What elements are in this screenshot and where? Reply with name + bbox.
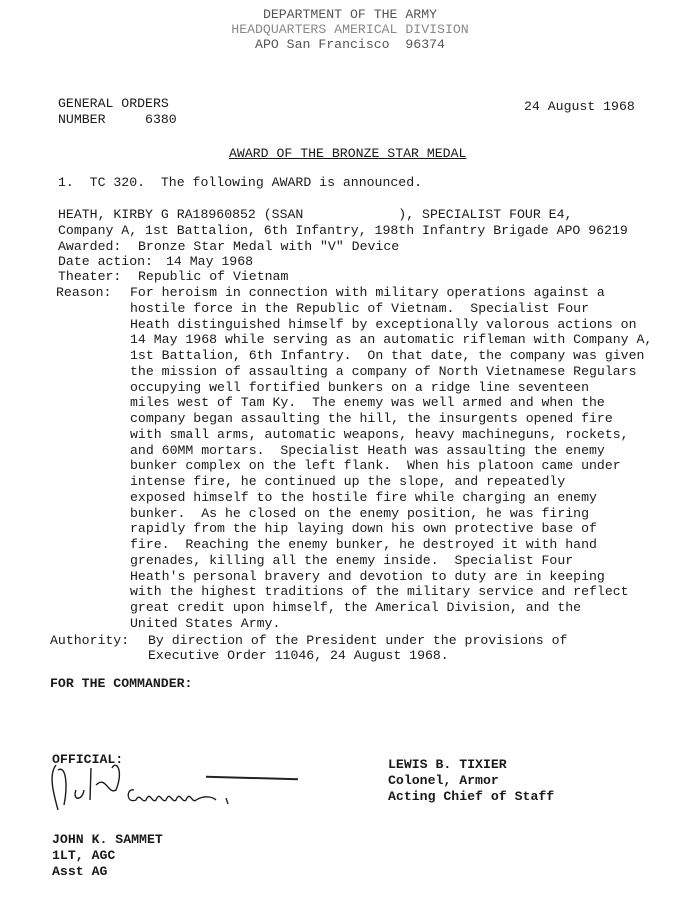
recipient-line-2: Company A, 1st Battalion, 6th Infantry, … xyxy=(58,223,628,239)
theater-value: Republic of Vietnam xyxy=(138,269,288,285)
for-the-commander: FOR THE COMMANDER: xyxy=(50,676,192,692)
awarded-label: Awarded: xyxy=(58,239,121,255)
reason-line: rapidly from the hip laying down his own… xyxy=(130,521,597,537)
reason-line: United States Army. xyxy=(130,616,280,632)
reason-line: with small arms, automatic weapons, heav… xyxy=(130,427,629,443)
reason-line: bunker complex on the left flank. When h… xyxy=(130,458,621,474)
reason-line: For heroism in connection with military … xyxy=(130,285,605,301)
reason-line: Heath distinguished himself by exception… xyxy=(130,317,636,333)
reason-line: fire. Reaching the enemy bunker, he dest… xyxy=(130,537,597,553)
authority-label: Authority: xyxy=(50,633,129,649)
reason-line: grenades, killing all the enemy inside. … xyxy=(130,553,573,569)
reason-line: Heath's personal bravery and devotion to… xyxy=(130,569,605,585)
official-title: Asst AG xyxy=(52,864,107,880)
official-rank: 1LT, AGC xyxy=(52,848,115,864)
reason-line: hostile force in the Republic of Vietnam… xyxy=(130,301,589,317)
reason-line: miles west of Tam Ky. The enemy was well… xyxy=(130,395,605,411)
reason-line: 14 May 1968 while serving as an automati… xyxy=(130,332,652,348)
reason-line: the mission of assaulting a company of N… xyxy=(130,364,636,380)
document-title: AWARD OF THE BRONZE STAR MEDAL xyxy=(229,146,466,162)
recipient-line-1: HEATH, KIRBY G RA18960852 (SSAN ), SPECI… xyxy=(58,207,572,223)
letterhead-apo: APO San Francisco 96374 xyxy=(0,37,700,53)
letterhead-headquarters: HEADQUARTERS AMERICAL DIVISION xyxy=(0,22,700,38)
date-action-value: 14 May 1968 xyxy=(166,254,253,270)
official-name: JOHN K. SAMMET xyxy=(52,832,163,848)
order-date: 24 August 1968 xyxy=(524,99,635,115)
reason-line: exposed himself to the hostile fire whil… xyxy=(130,490,597,506)
signature-icon xyxy=(46,760,266,820)
date-action-label: Date action: xyxy=(58,254,153,270)
awarded-value: Bronze Star Medal with "V" Device xyxy=(138,239,399,255)
authority-line-1: By direction of the President under the … xyxy=(148,633,567,649)
order-number: NUMBER 6380 xyxy=(58,112,177,128)
letterhead-department: DEPARTMENT OF THE ARMY xyxy=(0,7,700,23)
reason-line: 1st Battalion, 6th Infantry. On that dat… xyxy=(130,348,644,364)
theater-label: Theater: xyxy=(58,269,121,285)
reason-line: great credit upon himself, the Americal … xyxy=(130,600,581,616)
reason-line: bunker. As he closed on the enemy positi… xyxy=(130,506,589,522)
authority-line-2: Executive Order 11046, 24 August 1968. xyxy=(148,648,449,664)
reason-line: and 60MM mortars. Specialist Heath was a… xyxy=(130,443,605,459)
reason-label: Reason: xyxy=(56,285,111,301)
reason-line: company began assaulting the hill, the i… xyxy=(130,411,613,427)
reason-line: occupying well fortified bunkers on a ri… xyxy=(130,380,589,396)
reason-line: with the highest traditions of the milit… xyxy=(130,584,629,600)
general-orders-label: GENERAL ORDERS xyxy=(58,96,169,112)
intro-paragraph: 1. TC 320. The following AWARD is announ… xyxy=(58,175,422,191)
commander-rank: Colonel, Armor xyxy=(388,773,499,789)
commander-name: LEWIS B. TIXIER xyxy=(388,757,507,773)
commander-title: Acting Chief of Staff xyxy=(388,789,554,805)
reason-line: intense fire, he continued up the slope,… xyxy=(130,474,565,490)
